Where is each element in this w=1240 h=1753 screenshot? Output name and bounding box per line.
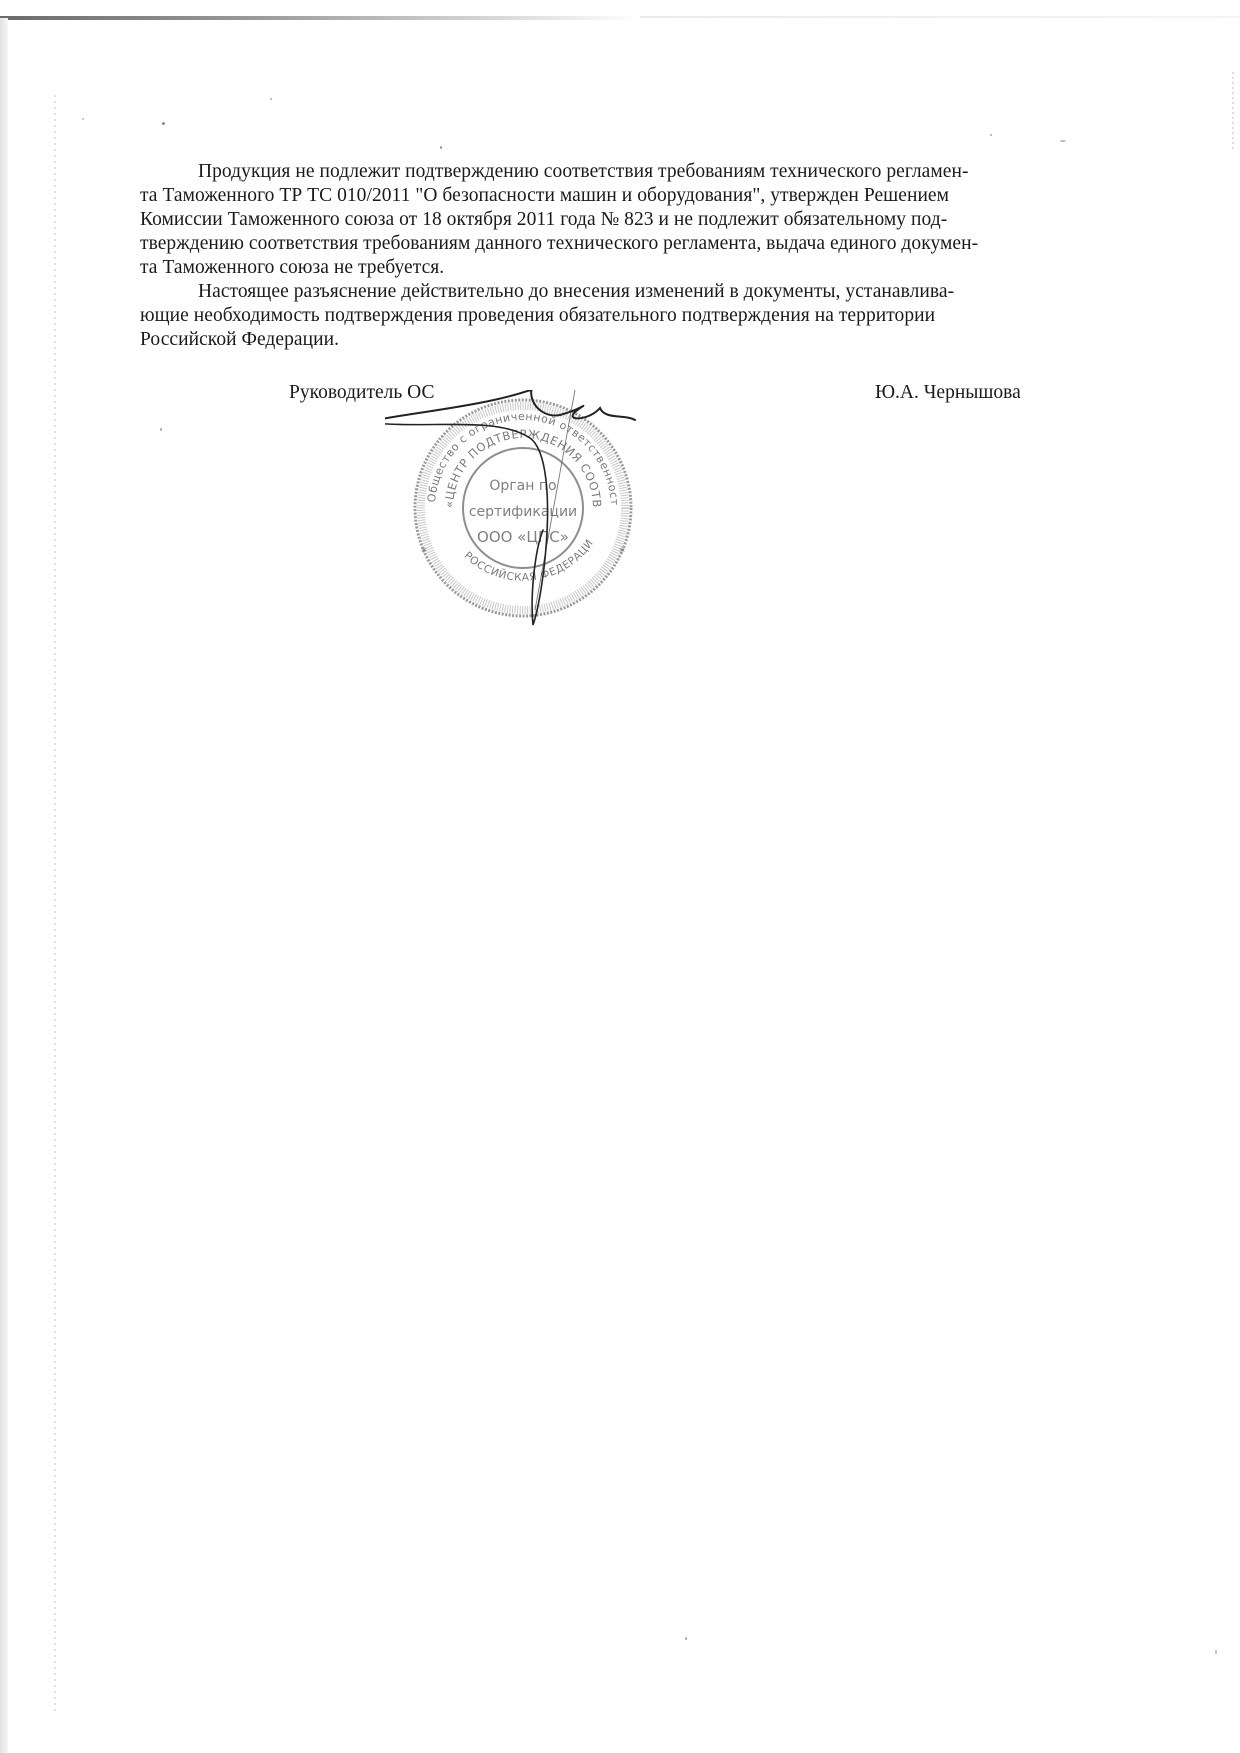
- official-stamp: Общество с ограниченной ответственностью…: [385, 390, 725, 630]
- scan-speck: [82, 118, 84, 120]
- svg-text:ООО «ЦПС»: ООО «ЦПС»: [477, 528, 569, 546]
- scan-margin-artifact: [1232, 72, 1234, 152]
- signatory-name: Ю.А. Чернышова: [875, 382, 1021, 404]
- scan-speck: [990, 134, 992, 136]
- scan-speck: [685, 1637, 687, 1640]
- svg-text:сертификации: сертификации: [469, 504, 577, 520]
- text-line: Продукция не подлежит подтверждению соот…: [140, 160, 1140, 184]
- scan-speck: [1060, 140, 1066, 142]
- svg-text:*: *: [421, 545, 427, 559]
- scan-speck: [160, 428, 162, 431]
- text-line: та Таможенного союза не требуется.: [140, 256, 1140, 280]
- text-line: Настоящее разъяснение действительно до в…: [140, 280, 1140, 304]
- text-line: Комиссии Таможенного союза от 18 октября…: [140, 208, 1140, 232]
- stamp-seal-icon: Общество с ограниченной ответственностью…: [385, 390, 725, 630]
- scan-speck: [1215, 1650, 1217, 1654]
- text-line: ющие необходимость подтверждения проведе…: [140, 304, 1140, 328]
- scan-left-edge: [0, 18, 8, 1753]
- paragraph-1: Продукция не подлежит подтверждению соот…: [140, 160, 1140, 280]
- text-line: та Таможенного ТР ТС 010/2011 "О безопас…: [140, 184, 1140, 208]
- scan-edge-shadow: [0, 16, 640, 20]
- text-line: Российской Федерации.: [140, 328, 1140, 352]
- paragraph-2: Настоящее разъяснение действительно до в…: [140, 280, 1140, 352]
- text-line: тверждению соответствия требованиям данн…: [140, 232, 1140, 256]
- scan-speck: [162, 122, 165, 125]
- scan-margin-artifact: [54, 95, 56, 1715]
- scan-edge-shadow: [640, 16, 1240, 18]
- scan-speck: [270, 98, 272, 100]
- svg-text:*: *: [619, 545, 625, 559]
- scan-speck: [440, 146, 442, 149]
- document-body: Продукция не подлежит подтверждению соот…: [140, 160, 1140, 352]
